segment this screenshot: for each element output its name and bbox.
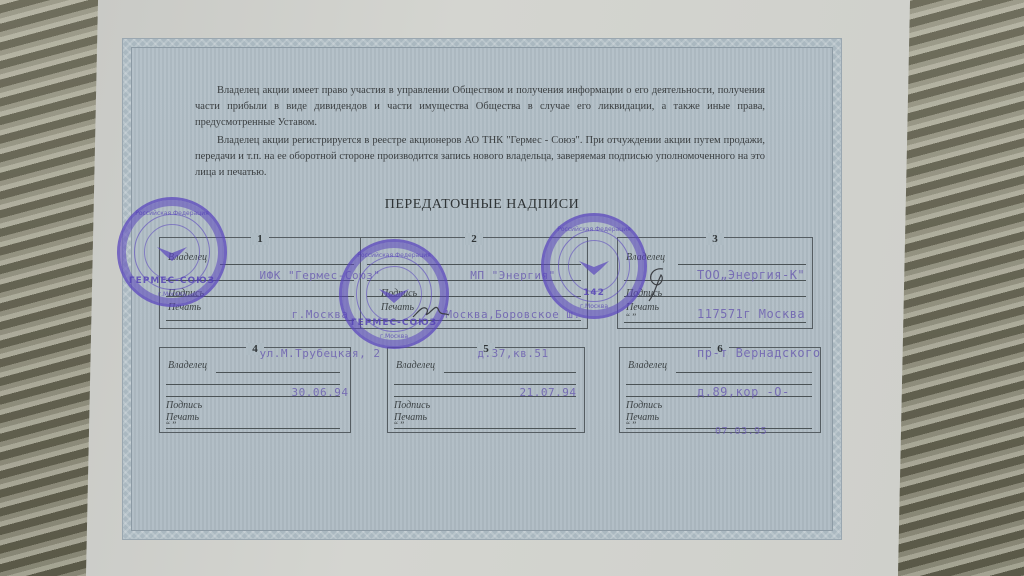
company-seal-1: Российская Федерация ГЕРМЕС-СОЮЗ г.Москв…: [117, 197, 227, 307]
eagle-emblem-icon: [579, 257, 609, 275]
rights-text: Владелец акции имеет право участия в упр…: [195, 83, 765, 181]
certificate-frame: Владелец акции имеет право участия в упр…: [122, 38, 842, 540]
fabric-background-right: [894, 0, 1024, 576]
date-line: [394, 428, 576, 429]
owner-label: Владелец: [168, 360, 207, 371]
eagle-emblem-icon: [157, 243, 187, 261]
date-quotes: “ ”: [626, 312, 636, 322]
date-line: [166, 428, 340, 429]
company-seal-3: Российская Федерация 142 г.Москва: [541, 213, 647, 319]
signature-label: Подпись: [626, 400, 662, 411]
owner-label: Владелец: [628, 360, 667, 371]
rights-paragraph-2: Владелец акции регистрируется в реестре …: [195, 133, 765, 181]
rights-paragraph-1: Владелец акции имеет право участия в упр…: [195, 83, 765, 131]
handwritten-signature-2: [411, 301, 451, 321]
signature-label: Подпись: [166, 400, 202, 411]
eagle-emblem-icon: [379, 285, 409, 303]
section-title: ПЕРЕДАТОЧНЫЕ НАДПИСИ: [123, 197, 841, 213]
handwritten-signature-3: [643, 265, 671, 305]
company-seal-2: Российская Федерация ГЕРМЕС-СОЮЗ г.Москв…: [339, 239, 449, 349]
transfer-stamp-3: ТОО„Энергия-К" 117571г Москва пр-т Верна…: [697, 243, 821, 464]
